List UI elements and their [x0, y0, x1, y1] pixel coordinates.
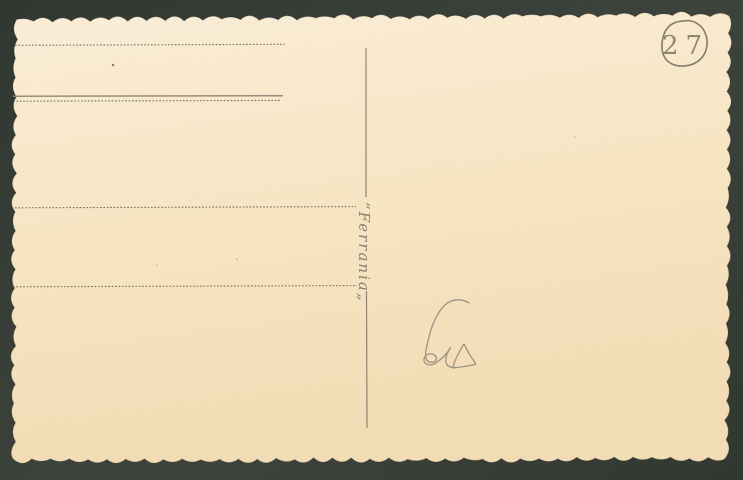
scan-grain-overlay — [0, 0, 743, 480]
scan-background: “Ferrania„ 27 — [0, 0, 743, 480]
postcard-scan: “Ferrania„ 27 — [0, 0, 743, 480]
